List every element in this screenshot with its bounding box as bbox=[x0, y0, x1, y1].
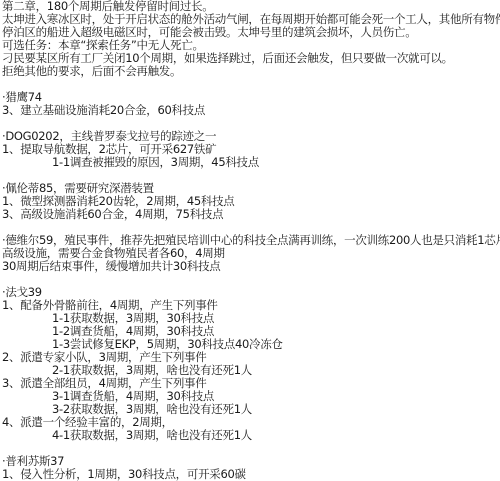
section-item: 30周期后结束事件，缓慢增加共计30科技点 bbox=[2, 260, 500, 273]
blank-line bbox=[2, 442, 500, 455]
intro-line: 拒绝其他的要求，后面不会再触发。 bbox=[2, 65, 500, 78]
blank-line bbox=[2, 273, 500, 286]
section-dog0202: ·DOG0202，主线普罗泰戈拉号的踪迹之一 1、提取导航数据，2芯片，可开采6… bbox=[2, 130, 500, 169]
section-lieying74: ·猎鹰74 3、建立基础设施消耗20合金，60科技点 bbox=[2, 91, 500, 117]
section-subitem: 1-1调查被摧毁的原因，3周期，45科技点 bbox=[2, 156, 500, 169]
section-item: 3、建立基础设施消耗20合金，60科技点 bbox=[2, 104, 500, 117]
blank-line bbox=[2, 78, 500, 91]
section-item: 3、高级设施消耗60合金，4周期，75科技点 bbox=[2, 208, 500, 221]
section-item: 1、侵入性分析，1周期，30科技点，可开采60碳 bbox=[2, 468, 500, 481]
section-deweier59: ·德维尔59，殖民事件，推荐先把殖民培训中心的科技全点满再训练，一次训练200人… bbox=[2, 234, 500, 273]
document-body: 第二章，180个周期后触发停留时间过长。 太坤进入寒冰区时，处于开启状态的舱外活… bbox=[0, 0, 500, 481]
section-peilundi85: ·佩伦蒂85，需要研究深潜装置 1、微型探测器消耗20齿轮，2周期，45科技点 … bbox=[2, 182, 500, 221]
section-fage39: ·法戈39 1、配备外骨骼前往，4周期，产生下列事件 1-1获取数据，3周期，3… bbox=[2, 286, 500, 442]
section-pulisusi37: ·普利苏斯37 1、侵入性分析，1周期，30科技点，可开采60碳 bbox=[2, 455, 500, 481]
section-subitem: 4-1获取数据，3周期，啥也没有还死1人 bbox=[2, 429, 500, 442]
